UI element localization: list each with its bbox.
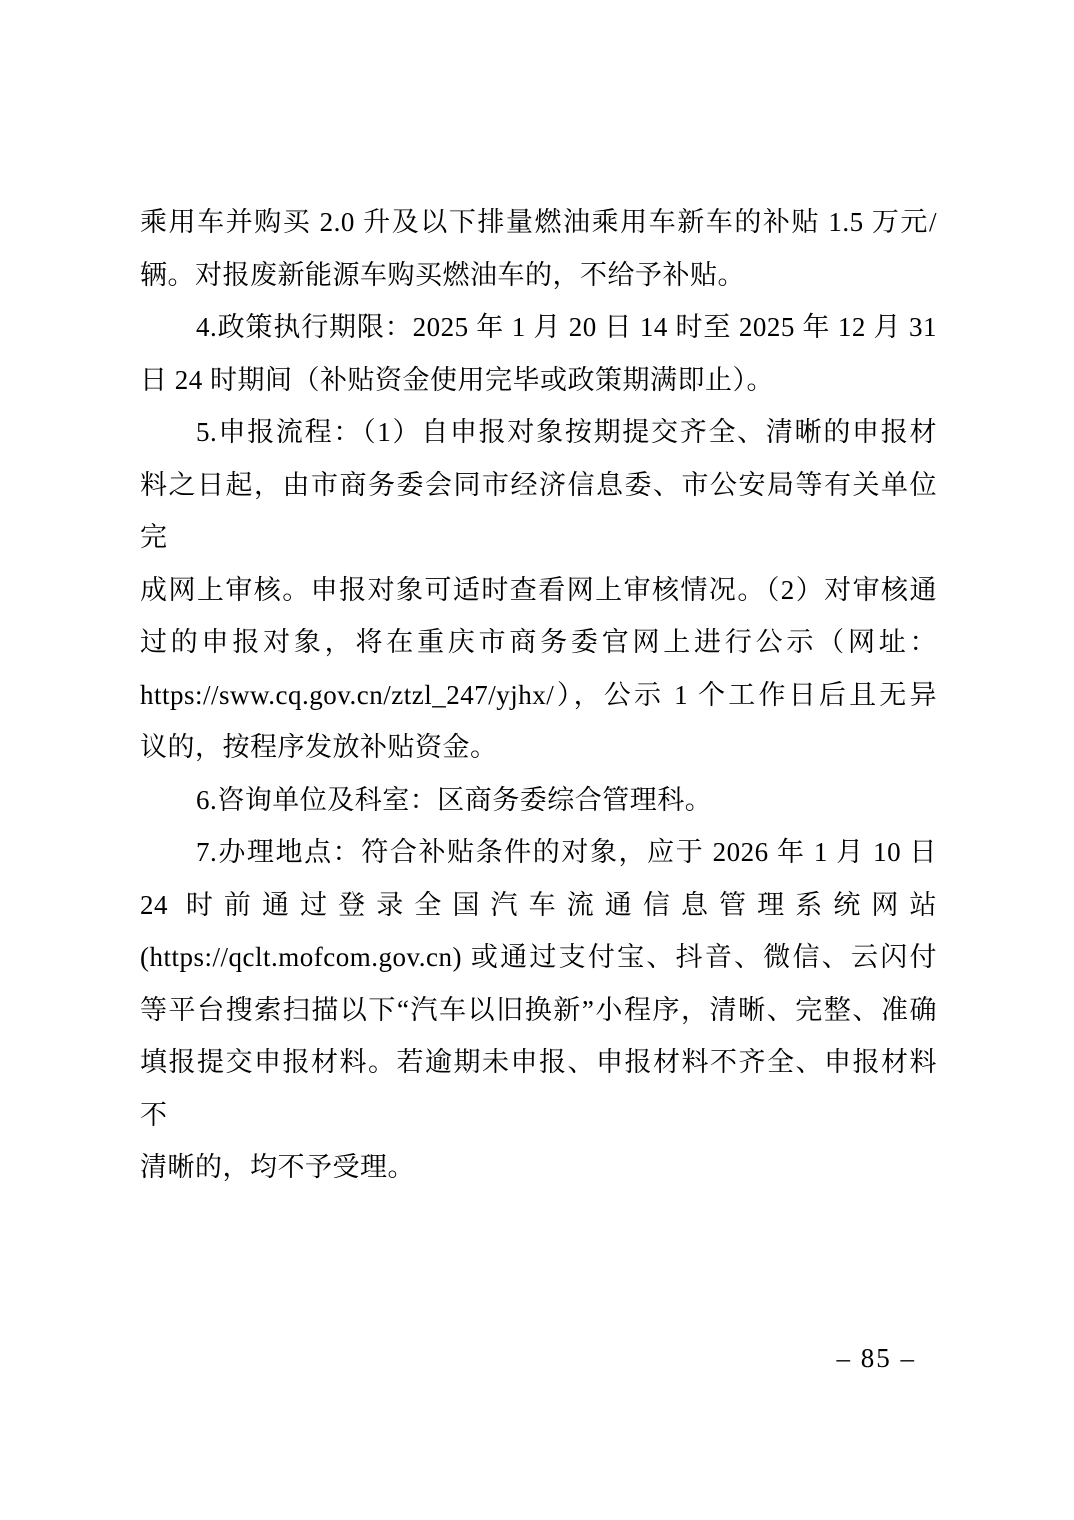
text-line: 清晰的，均不予受理。 [140,1141,937,1194]
text-line: 辆。对报废新能源车购买燃油车的，不给予补贴。 [140,249,937,302]
text-line: https://sww.cq.gov.cn/ztzl_247/yjhx/），公示… [140,669,937,722]
text-line: 24 时前通过登录全国汽车流通信息管理系统网站 [140,879,937,932]
document-page: 乘用车并购买 2.0 升及以下排量燃油乘用车新车的补贴 1.5 万元/ 辆。对报… [0,0,1074,1520]
text-line: 6.咨询单位及科室：区商务委综合管理科。 [140,774,937,827]
text-line: 日 24 时期间（补贴资金使用完毕或政策期满即止）。 [140,354,937,407]
text-line: 过的申报对象，将在重庆市商务委官网上进行公示（网址： [140,616,937,669]
text-line: (https://qclt.mofcom.gov.cn) 或通过支付宝、抖音、微… [140,931,937,984]
text-line: 填报提交申报材料。若逾期未申报、申报材料不齐全、申报材料不 [140,1036,937,1141]
document-body-text: 乘用车并购买 2.0 升及以下排量燃油乘用车新车的补贴 1.5 万元/ 辆。对报… [140,196,937,1194]
text-line: 料之日起，由市商务委会同市经济信息委、市公安局等有关单位完 [140,459,937,564]
text-line: 5.申报流程：（1）自申报对象按期提交齐全、清晰的申报材 [140,406,937,459]
text-line: 乘用车并购买 2.0 升及以下排量燃油乘用车新车的补贴 1.5 万元/ [140,196,937,249]
text-line: 7.办理地点：符合补贴条件的对象，应于 2026 年 1 月 10 日 [140,826,937,879]
text-line: 议的，按程序发放补贴资金。 [140,721,937,774]
page-number: – 85 – [837,1338,917,1378]
text-line: 4.政策执行期限：2025 年 1 月 20 日 14 时至 2025 年 12… [140,301,937,354]
text-line: 成网上审核。申报对象可适时查看网上审核情况。（2）对审核通 [140,564,937,617]
text-line: 等平台搜索扫描以下“汽车以旧换新”小程序，清晰、完整、准确 [140,984,937,1037]
